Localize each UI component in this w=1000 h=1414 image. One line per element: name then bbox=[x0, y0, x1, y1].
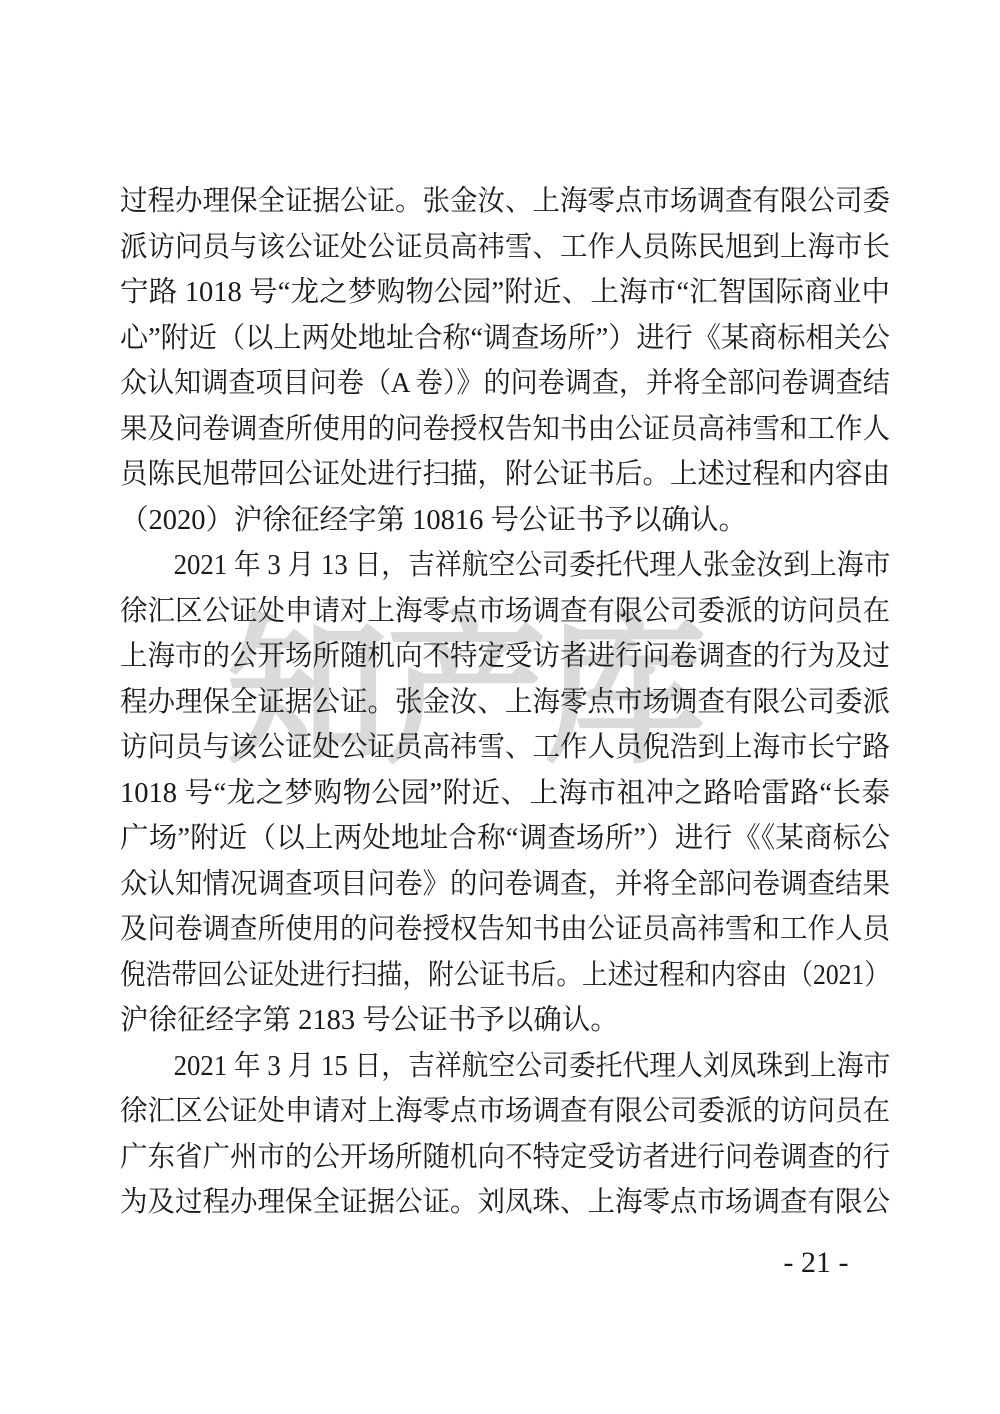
document-body: 过程办理保全证据公证。张金汝、上海零点市场调查有限公司委派访问员与该公证处公证员… bbox=[120, 179, 890, 1226]
text-line: 众认知情况调查项目问卷》的问卷调查，并将全部问卷调查结果 bbox=[120, 862, 863, 908]
text-line: 过程办理保全证据公证。张金汝、上海零点市场调查有限公司委 bbox=[120, 179, 863, 225]
text-line: 员陈民旭带回公证处进行扫描，附公证书后。上述过程和内容由 bbox=[120, 452, 863, 498]
document-page: 知产库 过程办理保全证据公证。张金汝、上海零点市场调查有限公司委派访问员与该公证… bbox=[0, 0, 1000, 1414]
text-line: 倪浩带回公证处进行扫描，附公证书后。上述过程和内容由（2021） bbox=[120, 953, 813, 999]
text-line: 广东省广州市的公开场所随机向不特定受访者进行问卷调查的行 bbox=[120, 1135, 863, 1181]
text-line: 果及问卷调查所使用的问卷授权告知书由公证员高祎雪和工作人 bbox=[120, 407, 863, 453]
text-line: 上海市的公开场所随机向不特定受访者进行问卷调查的行为及过 bbox=[120, 634, 863, 680]
text-line: 及问卷调查所使用的问卷授权告知书由公证员高祎雪和工作人员 bbox=[120, 907, 863, 953]
text-line: 派访问员与该公证处公证员高祎雪、工作人员陈民旭到上海市长 bbox=[120, 225, 863, 271]
text-line: （2020）沪徐征经字第 10816 号公证书予以确认。 bbox=[120, 498, 890, 544]
text-line: 心”附近（以上两处地址合称“调查场所”）进行《某商标相关公 bbox=[120, 316, 881, 362]
text-line: 宁路 1018 号“龙之梦购物公园”附近、上海市“汇智国际商业中 bbox=[120, 270, 890, 316]
page-number: - 21 - bbox=[766, 1243, 866, 1283]
text-line: 沪徐征经字第 2183 号公证书予以确认。 bbox=[120, 998, 890, 1044]
text-line: 访问员与该公证处公证员高祎雪、工作人员倪浩到上海市长宁路 bbox=[120, 725, 863, 771]
text-line: 徐汇区公证处申请对上海零点市场调查有限公司委派的访问员在 bbox=[120, 1089, 863, 1135]
text-line: 1018 号“龙之梦购物公园”附近、上海市祖冲之路哈雷路“长泰 bbox=[120, 771, 890, 817]
text-line: 众认知调查项目问卷（A 卷）》的问卷调查，并将全部问卷调查结 bbox=[120, 361, 852, 407]
text-line: 广场”附近（以上两处地址合称“调查场所”）进行《《某商标公 bbox=[120, 816, 890, 862]
text-line: 2021 年 3 月 15 日，吉祥航空公司委托代理人刘凤珠到上海市 bbox=[120, 1044, 844, 1090]
text-line: 程办理保全证据公证。张金汝、上海零点市场调查有限公司委派 bbox=[120, 680, 863, 726]
text-line: 为及过程办理保全证据公证。刘凤珠、上海零点市场调查有限公 bbox=[120, 1180, 863, 1226]
text-line: 2021 年 3 月 13 日，吉祥航空公司委托代理人张金汝到上海市 bbox=[120, 543, 844, 589]
text-line: 徐汇区公证处申请对上海零点市场调查有限公司委派的访问员在 bbox=[120, 589, 863, 635]
